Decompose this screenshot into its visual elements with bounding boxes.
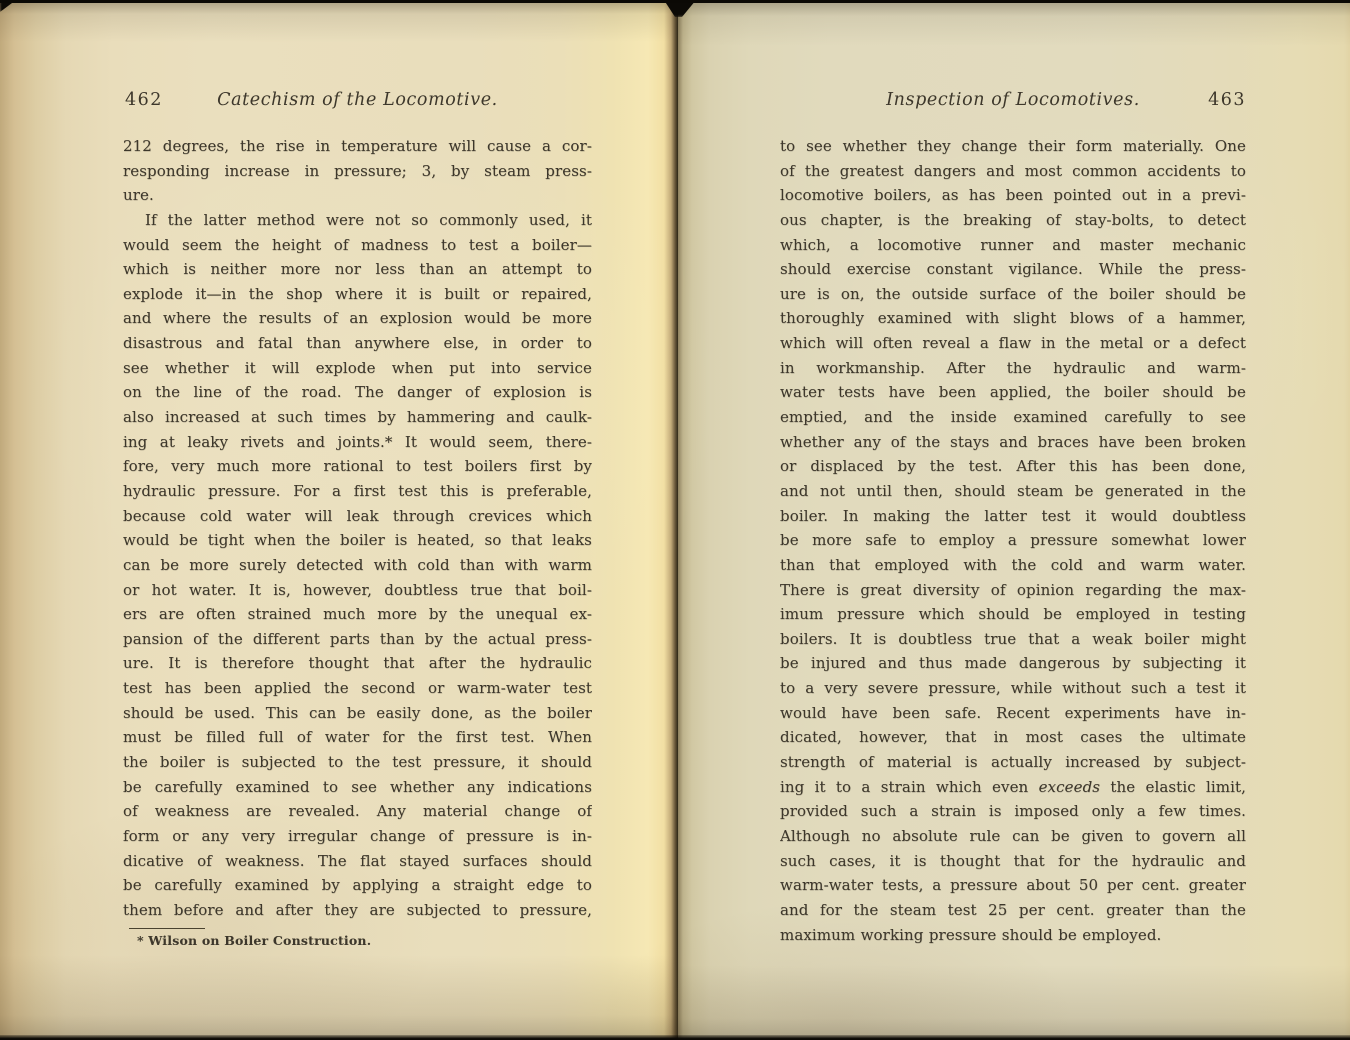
text-line: whether any of the stays and braces have…	[780, 430, 1246, 455]
text-line: If the latter method were not so commonl…	[123, 208, 592, 233]
text-line: locomotive boilers, as has been pointed …	[780, 183, 1246, 208]
text-line: ure is on, the outside surface of the bo…	[780, 282, 1246, 307]
left-page-header: 462 Catechism of the Locomotive.	[123, 90, 592, 116]
text-line: be injured and thus made dangerous by su…	[780, 651, 1246, 676]
left-running-title: Catechism of the Locomotive.	[123, 90, 592, 110]
text-line: test has been applied the second or warm…	[123, 676, 592, 701]
book-scan: 462 Catechism of the Locomotive. 212 deg…	[0, 0, 1350, 1040]
scan-edge-top	[0, 0, 1350, 3]
text-line: ers are often strained much more by the …	[123, 602, 592, 627]
text-line: 212 degrees, the rise in temperature wil…	[123, 134, 592, 159]
text-line: disastrous and fatal than anywhere else,…	[123, 331, 592, 356]
text-line: hydraulic pressure. For a first test thi…	[123, 479, 592, 504]
text-line: strength of material is actually increas…	[780, 750, 1246, 775]
text-line: see whether it will explode when put int…	[123, 356, 592, 381]
text-line: and where the results of an explosion wo…	[123, 306, 592, 331]
left-page-content: 462 Catechism of the Locomotive. 212 deg…	[123, 90, 592, 948]
right-page-header: Inspection of Locomotives. 463	[780, 90, 1246, 116]
right-page-number: 463	[1208, 90, 1246, 110]
text-line: form or any very irregular change of pre…	[123, 824, 592, 849]
text-line: ous chapter, is the breaking of stay-bol…	[780, 208, 1246, 233]
text-line: such cases, it is thought that for the h…	[780, 849, 1246, 874]
text-line: fore, very much more rational to test bo…	[123, 454, 592, 479]
text-line: be more safe to employ a pressure somewh…	[780, 528, 1246, 553]
text-line: can be more surely detected with cold th…	[123, 553, 592, 578]
text-line: which, a locomotive runner and master me…	[780, 233, 1246, 258]
text-line: ing it to a strain which even exceeds th…	[780, 775, 1246, 800]
text-line: ing at leaky rivets and joints.* It woul…	[123, 430, 592, 455]
text-line: Although no absolute rule can be given t…	[780, 824, 1246, 849]
text-line: boiler. In making the latter test it wou…	[780, 504, 1246, 529]
text-line: which is neither more nor less than an a…	[123, 257, 592, 282]
text-line: them before and after they are subjected…	[123, 898, 592, 923]
text-line: thoroughly examined with slight blows of…	[780, 306, 1246, 331]
text-line: would be tight when the boiler is heated…	[123, 528, 592, 553]
text-line: which will often reveal a flaw in the me…	[780, 331, 1246, 356]
text-line: also increased at such times by hammerin…	[123, 405, 592, 430]
text-line: imum pressure which should be employed i…	[780, 602, 1246, 627]
text-line: pansion of the different parts than by t…	[123, 627, 592, 652]
text-line: of the greatest dangers and most common …	[780, 159, 1246, 184]
text-line: and not until then, should steam be gene…	[780, 479, 1246, 504]
text-line: explode it—in the shop where it is built…	[123, 282, 592, 307]
text-line: emptied, and the inside examined careful…	[780, 405, 1246, 430]
text-line: or displaced by the test. After this has…	[780, 454, 1246, 479]
text-line: warm-water tests, a pressure about 50 pe…	[780, 873, 1246, 898]
text-line: ure.	[123, 183, 592, 208]
text-line: on the line of the road. The danger of e…	[123, 380, 592, 405]
text-line: maximum working pressure should be emplo…	[780, 923, 1246, 948]
text-line: ure. It is therefore thought that after …	[123, 651, 592, 676]
left-page-body-text: 212 degrees, the rise in temperature wil…	[123, 134, 592, 923]
text-line: would have been safe. Recent experiments…	[780, 701, 1246, 726]
right-page-content: Inspection of Locomotives. 463 to see wh…	[780, 90, 1246, 947]
text-line: in workmanship. After the hydraulic and …	[780, 356, 1246, 381]
scan-edge-bottom	[0, 1035, 1350, 1040]
right-page-body-text: to see whether they change their form ma…	[780, 134, 1246, 947]
text-line: than that employed with the cold and war…	[780, 553, 1246, 578]
right-running-title: Inspection of Locomotives.	[780, 90, 1246, 110]
text-line: or hot water. It is, however, doubtless …	[123, 578, 592, 603]
text-line: would seem the height of madness to test…	[123, 233, 592, 258]
text-line: must be filled full of water for the fir…	[123, 725, 592, 750]
text-line: to see whether they change their form ma…	[780, 134, 1246, 159]
text-line: should be used. This can be easily done,…	[123, 701, 592, 726]
text-line: of weakness are revealed. Any material c…	[123, 799, 592, 824]
text-line: boilers. It is doubtless true that a wea…	[780, 627, 1246, 652]
footnote-text: * Wilson on Boiler Construction.	[123, 933, 592, 948]
text-line: water tests have been applied, the boile…	[780, 380, 1246, 405]
text-line: the boiler is subjected to the test pres…	[123, 750, 592, 775]
text-line: and for the steam test 25 per cent. grea…	[780, 898, 1246, 923]
text-line: dicated, however, that in most cases the…	[780, 725, 1246, 750]
text-line: should exercise constant vigilance. Whil…	[780, 257, 1246, 282]
text-line: be carefully examined by applying a stra…	[123, 873, 592, 898]
text-line: provided such a strain is imposed only a…	[780, 799, 1246, 824]
text-line: be carefully examined to see whether any…	[123, 775, 592, 800]
text-line: dicative of weakness. The flat stayed su…	[123, 849, 592, 874]
text-line: There is great diversity of opinion rega…	[780, 578, 1246, 603]
footnote-rule	[129, 928, 205, 929]
text-line: because cold water will leak through cre…	[123, 504, 592, 529]
footnote: * Wilson on Boiler Construction.	[123, 928, 592, 948]
text-line: to a very severe pressure, while without…	[780, 676, 1246, 701]
text-line: responding increase in pressure; 3, by s…	[123, 159, 592, 184]
